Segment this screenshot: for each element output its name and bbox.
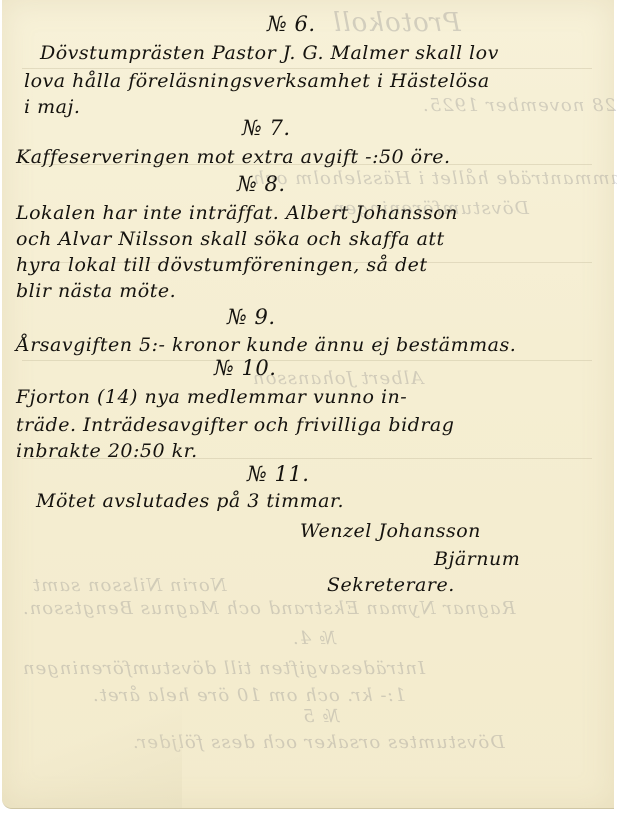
bleed-through-text: 1:- kr. och om 10 öre hela året. — [92, 685, 406, 706]
ruled-line — [22, 68, 592, 69]
signature-name: Wenzel Johansson — [300, 520, 481, 542]
section-6-line-1: Dövstumprästen Pastor J. G. Malmer skall… — [40, 42, 499, 64]
section-6-line-2: lova hålla föreläsningsverksamhet i Häst… — [24, 70, 490, 92]
bleed-through-text: Dövstumtes orsaker och dess följder. — [132, 732, 505, 753]
ruled-line — [22, 360, 592, 361]
bleed-through-text: Protokoll — [332, 8, 461, 38]
signature-title: Sekreterare. — [327, 574, 455, 596]
section-9-line-1: Årsavgiften 5:- kronor kunde ännu ej bes… — [16, 334, 516, 356]
section-number-7: № 7. — [242, 116, 291, 140]
section-8-line-2: och Alvar Nilsson skall söka och skaffa … — [16, 228, 445, 250]
section-8-line-4: blir nästa möte. — [16, 280, 176, 302]
section-7-line-1: Kaffeserveringen mot extra avgift -:50 ö… — [16, 146, 451, 168]
bleed-through-text: Sammanträde hållet i Hässleholm och — [252, 168, 617, 189]
section-8-line-1: Lokalen har inte inträffat. Albert Johan… — [16, 202, 458, 224]
section-11-line-1: Mötet avslutades på 3 timmar. — [36, 490, 344, 512]
section-number-10: № 10. — [214, 356, 276, 380]
section-number-11: № 11. — [247, 462, 309, 486]
section-number-6: № 6. — [267, 12, 316, 36]
section-8-line-3: hyra lokal till dövstumföreningen, så de… — [16, 254, 428, 276]
section-6-text: Dövstumprästen Pastor J. G. Malmer skall… — [40, 42, 499, 64]
bleed-through-text: Ragnar Nyman Ekstrand och Magnus Bengtss… — [22, 598, 516, 619]
document-page: Protokoll den 28 november 1925. Sammantr… — [2, 0, 614, 809]
section-number-8: № 8. — [237, 172, 286, 196]
bleed-through-text: Inträdesavgiften till dövstumföreningen — [22, 658, 425, 679]
section-10-line-2: träde. Inträdesavgifter och frivilliga b… — [16, 414, 454, 436]
bleed-through-text: Norin Nilsson samt — [32, 575, 226, 596]
section-number-9: № 9. — [227, 305, 276, 329]
section-10-line-1: Fjorton (14) nya medlemmar vunno in- — [16, 386, 407, 408]
section-10-line-3: inbrakte 20:50 kr. — [16, 440, 198, 462]
section-6-line-3: i maj. — [24, 96, 80, 118]
page-fold-shadow — [2, 698, 182, 808]
bleed-through-text: den 28 november 1925. — [422, 95, 617, 116]
bleed-through-text: № 5 — [302, 706, 339, 727]
bleed-through-text: № 4. — [292, 628, 336, 649]
signature-place: Bjärnum — [434, 548, 520, 570]
